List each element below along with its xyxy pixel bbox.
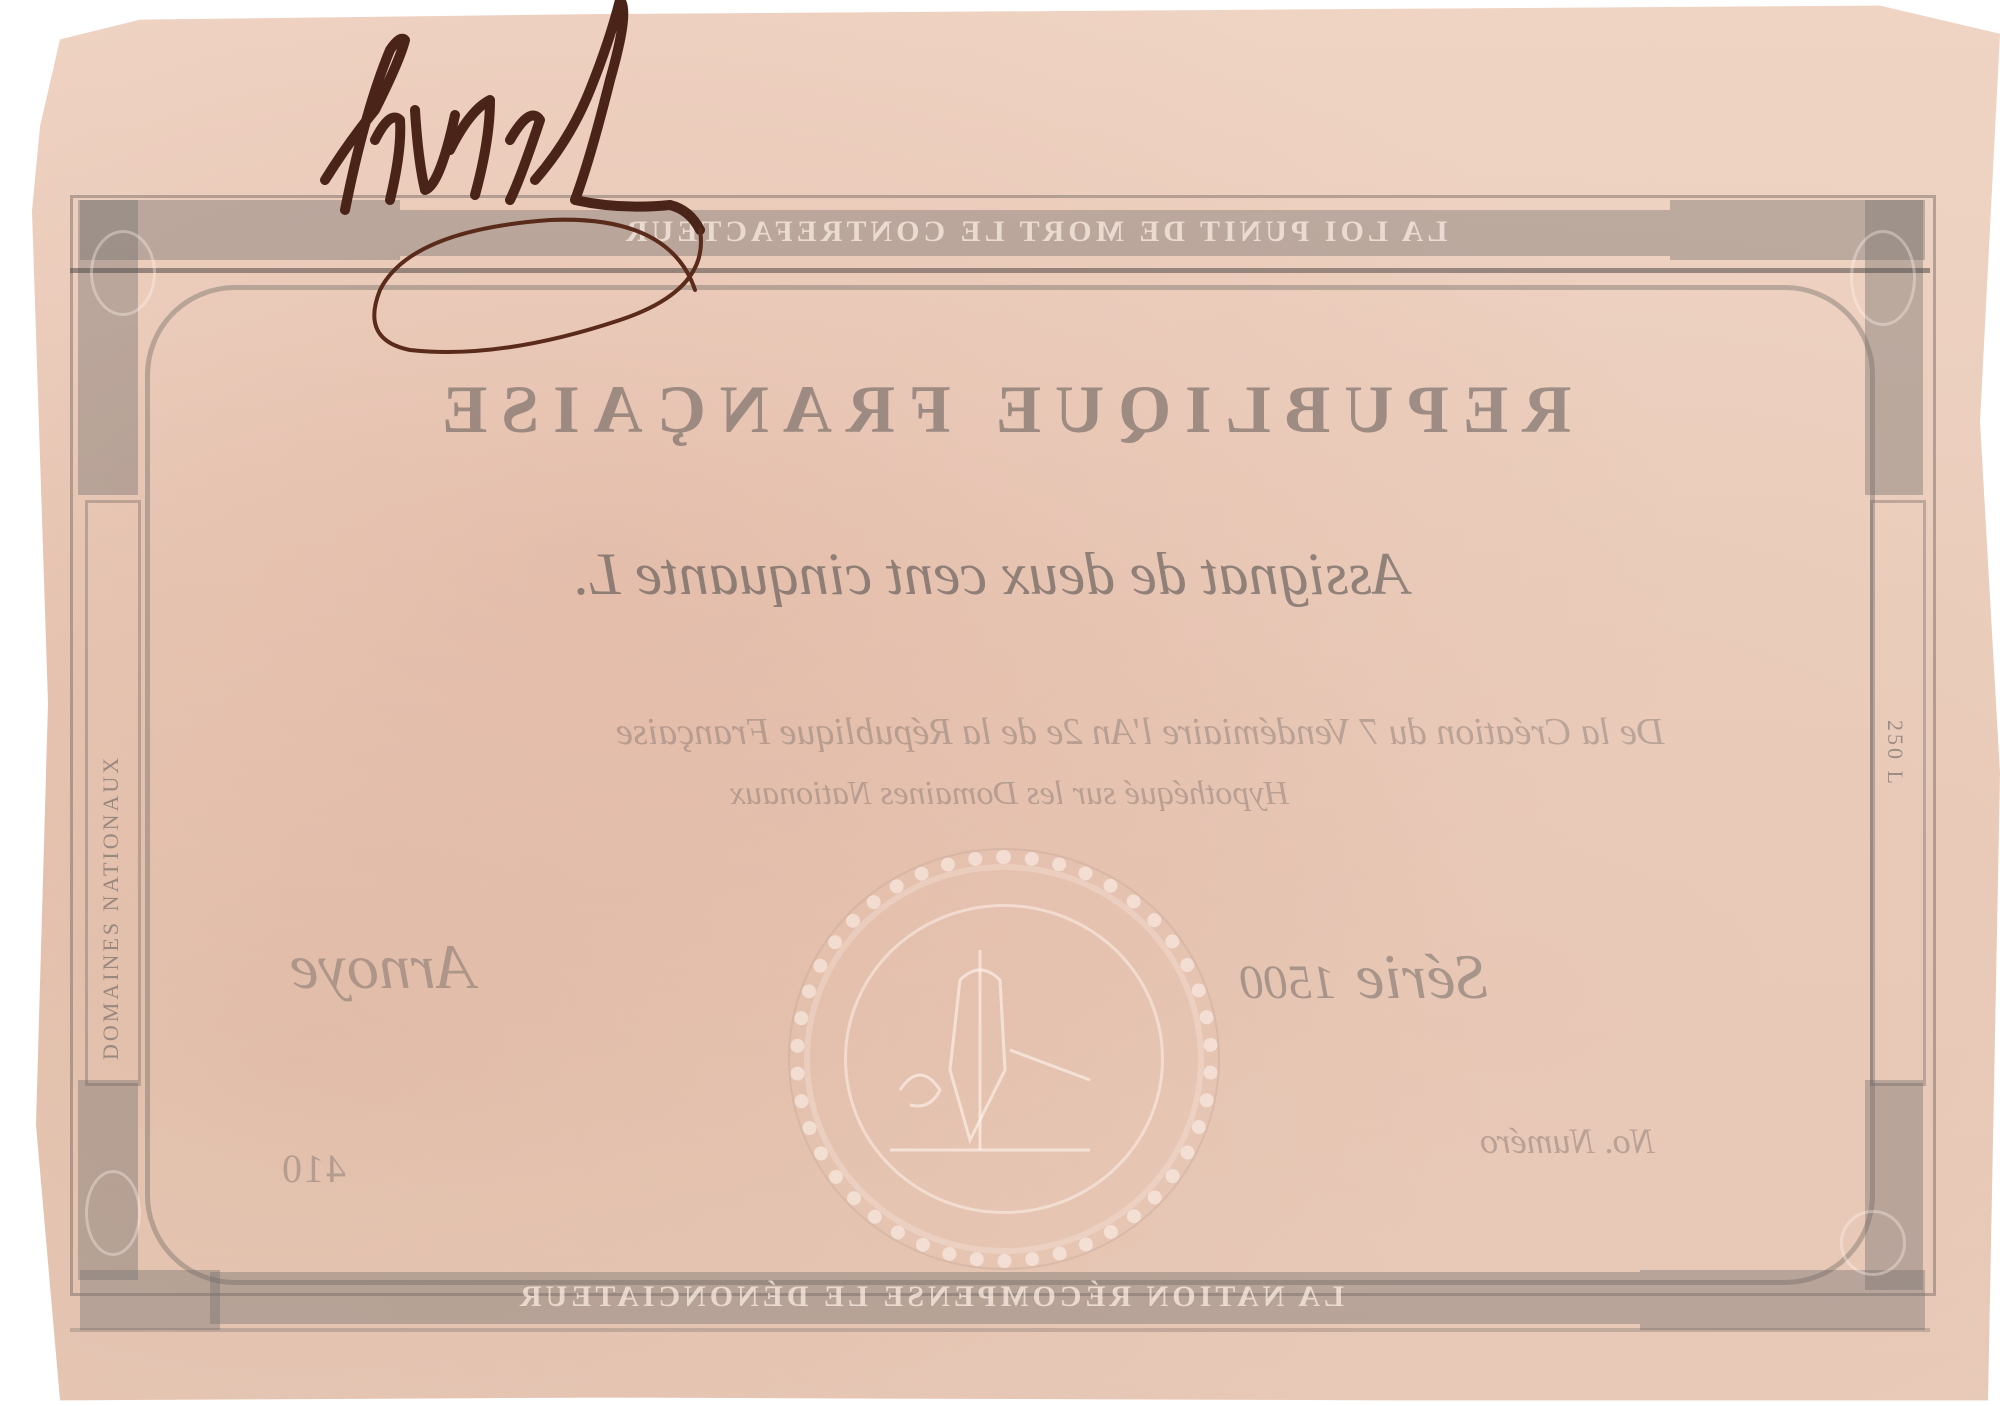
corner-ornament-icon [85,1170,141,1256]
corner-ornament-icon [1840,1210,1906,1276]
left-number-text: 410 [280,1145,346,1192]
numero-text: No. Numéro [1480,1120,1655,1162]
bottom-band-label: LA NATION RÉCOMPENSE LE DÉNONCIATEUR [516,1280,1344,1314]
decree-line-2: Hypothéqué sur les Domaines Nationaux [560,775,1460,813]
numero-label: No. Numéro [1480,1120,1655,1162]
left-side-text: DOMAINES NATIONAUX [98,560,124,1060]
bottom-rule [70,1328,1930,1332]
decree-line-2-text: Hypothéqué sur les Domaines Nationaux [730,775,1289,813]
seal-figure-icon [830,890,1150,1200]
serie-number: 1500 [1240,956,1336,1009]
corner-ornament-icon [90,230,156,316]
printed-signature-text: Arnoye [290,930,475,1004]
printed-signature: Arnoye [290,930,475,1004]
decree-line-1-text: De la Création du 7 Vendémiaire l'An 2e … [616,710,1664,754]
embossed-seal-icon [790,850,1218,1268]
denomination-text: Assignat de deux cent cinquante L. [572,540,1408,609]
handwritten-signature-icon: Burel [150,0,910,430]
bottom-band-text: LA NATION RÉCOMPENSE LE DÉNONCIATEUR [230,1280,1630,1314]
serie-label: Série [1356,941,1488,1012]
serie-group: Série1500 [1240,940,1488,1014]
left-number: 410 [280,1145,346,1192]
serie-block: Série1500 [1240,940,1488,1014]
decree-line-1: De la Création du 7 Vendémiaire l'An 2e … [360,710,1920,754]
corner-ornament-icon [1850,230,1916,326]
denomination: Assignat de deux cent cinquante L. [160,540,1820,609]
